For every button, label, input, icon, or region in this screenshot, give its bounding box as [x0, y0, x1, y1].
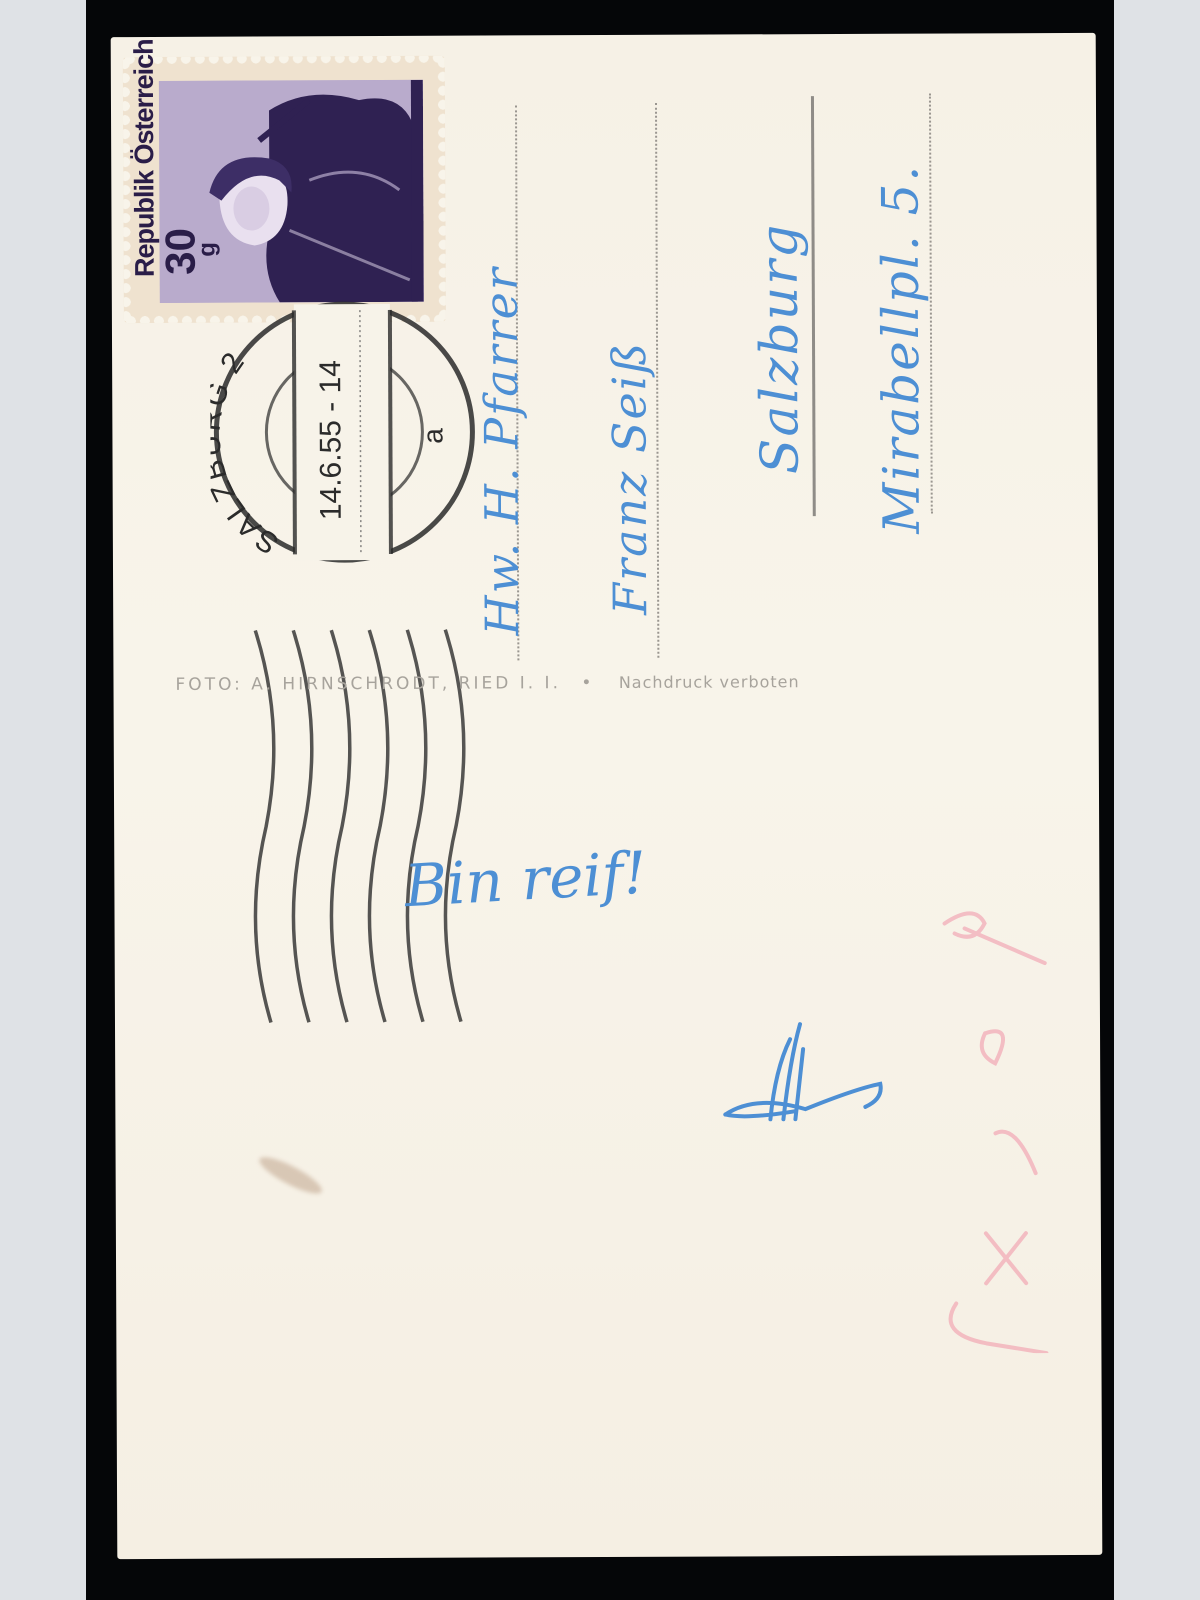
address-line-street: Mirabellpl. 5. — [871, 164, 931, 534]
address-line-city: Salzburg — [750, 223, 811, 475]
address-line-3 — [811, 96, 816, 516]
postage-stamp: Republik Österreich 30 g — [123, 56, 446, 323]
paper-stain — [255, 1151, 325, 1200]
imprint-separator: • — [581, 673, 594, 693]
imprint-notice: Nachdruck verboten — [619, 672, 800, 692]
signature — [715, 1019, 885, 1130]
postmark-code: a — [417, 428, 448, 444]
pencil-annotation — [924, 903, 1056, 1354]
photo-credit: FOTO: A. HIRNSCHRODT, RIED I. I. • Nachd… — [175, 672, 799, 695]
address-line-name: Franz Seiß — [602, 341, 657, 615]
address-line-recipient: Hw. H. Pfarrer — [474, 266, 530, 635]
postcard: Republik Österreich 30 g SALZBURG 2 14.6… — [111, 33, 1103, 1559]
postmark-date: 14.6.55 - 14 — [314, 360, 348, 520]
imprint-credit: FOTO: A. HIRNSCHRODT, RIED I. I. — [175, 673, 561, 695]
postmark-city: SALZBURG 2 — [210, 345, 285, 561]
handwritten-message: Bin reif! — [403, 839, 649, 921]
stamp-unit: g — [194, 242, 222, 257]
postmark: SALZBURG 2 14.6.55 - 14 a — [210, 298, 479, 567]
